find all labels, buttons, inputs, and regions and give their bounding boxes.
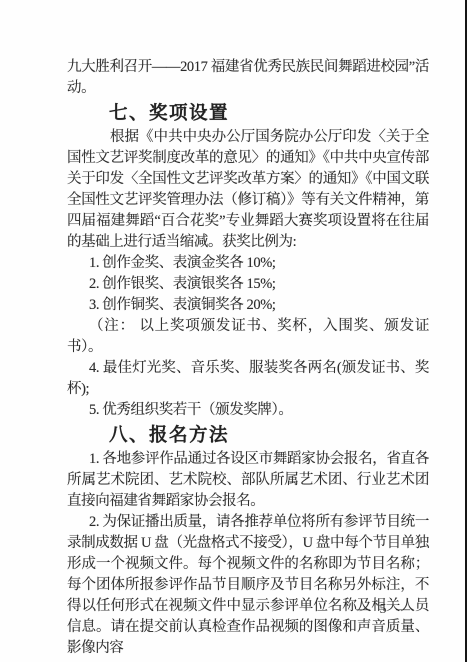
section-heading: 八、报名方法 bbox=[67, 423, 429, 447]
document-body: 九大胜利召开——2017 福建省优秀民族民间舞蹈进校园”活动。七、奖项设置根据《… bbox=[67, 57, 429, 659]
text-block: 2. 为保证播出质量，请各推荐单位将所有参评节目统一录制成数据 U 盘（光盘格式… bbox=[67, 512, 429, 659]
text-block: （注： 以上奖项颁发证书、奖杯，入围奖、颁发证书）。 bbox=[67, 316, 429, 358]
text-block: 3. 创作铜奖、表演铜奖各 20%; bbox=[67, 295, 429, 316]
scan-edge-line bbox=[465, 0, 467, 662]
text-block: 4. 最佳灯光奖、音乐奖、服装奖各两名(颁发证书、奖杯); bbox=[67, 358, 429, 400]
scanned-page: 九大胜利召开——2017 福建省优秀民族民间舞蹈进校园”活动。七、奖项设置根据《… bbox=[0, 0, 468, 662]
text-block: 2. 创作银奖、表演银奖各 15%; bbox=[67, 274, 429, 295]
text-block: 1. 各地参评作品通过各设区市舞蹈家协会报名，省直各所属艺术院团、艺术院校、部队… bbox=[67, 449, 429, 512]
text-block: 根据《中共中央办公厅国务院办公厅印发〈关于全国性文艺评奖制度改革的意见〉的通知》… bbox=[67, 127, 429, 253]
text-block: 1. 创作金奖、表演金奖各 10%; bbox=[67, 253, 429, 274]
text-block: 九大胜利召开——2017 福建省优秀民族民间舞蹈进校园”活动。 bbox=[67, 57, 429, 99]
text-block: 5. 优秀组织奖若干（颁发奖牌）。 bbox=[67, 400, 429, 421]
page-number: — 5 — bbox=[356, 602, 413, 618]
section-heading: 七、奖项设置 bbox=[67, 101, 429, 125]
